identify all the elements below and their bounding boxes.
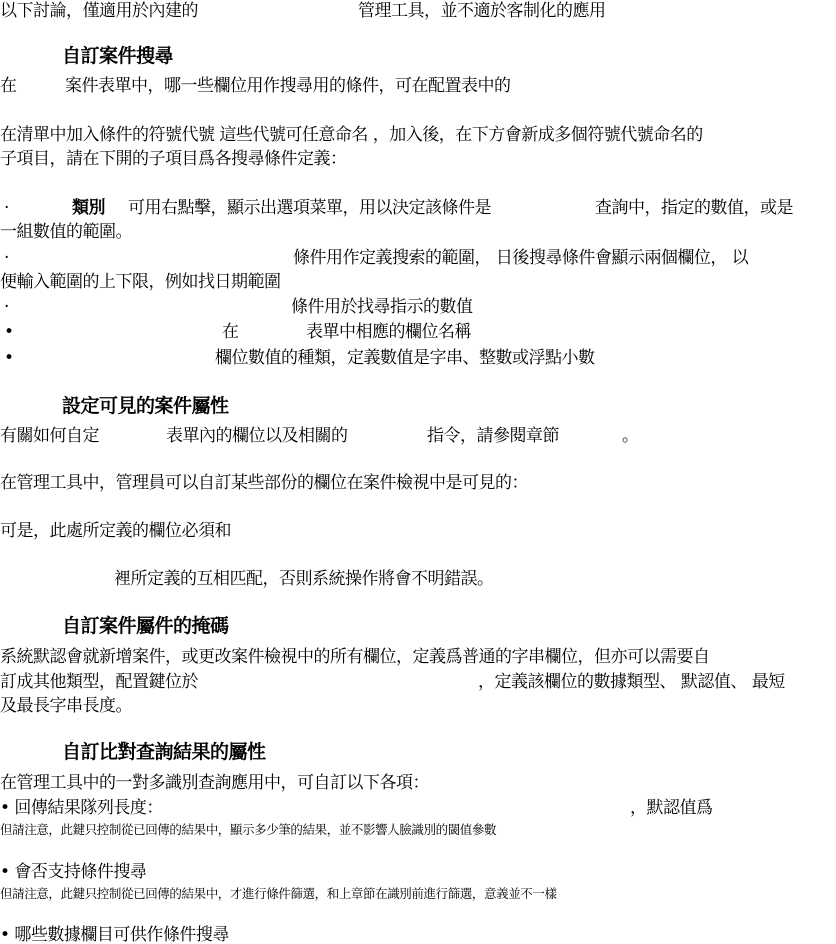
para-text: 指令，請參閱章節 (427, 425, 559, 447)
bullet-text: 在 (222, 321, 239, 343)
visible-attr-para4: 裡所定義的互相匹配，否則系統操作將會不明錯誤。 (114, 568, 494, 590)
bullet-icon: • (4, 347, 14, 369)
bullet-icon: • (4, 321, 14, 343)
mask-para-line3: 及最長字串長度。 (0, 695, 132, 717)
para-text: ，定義該欄位的數據類型、 默認值、 最短 (478, 671, 785, 693)
query-item-searchable-fields: • 哪些數據欄目可供作條件搜尋 (0, 924, 229, 944)
visible-attr-para3: 可是，此處所定義的欄位必須和 (0, 520, 231, 542)
para-text: 訂成其他類型，配置鍵位於 (0, 671, 198, 693)
mask-para-line1: 系統默認會就新增案件，或更改案件檢視中的所有欄位，定義爲普通的字串欄位，但亦可以… (0, 646, 710, 668)
query-item-note: 但請注意，此鍵只控制從已回傳的結果中，才進行條件篩選，和上章節在識別前進行篩選，… (0, 886, 557, 902)
section-heading-case-search: 自訂案件搜尋 (62, 44, 173, 68)
bullet-text: 可用右點擊，顯示出選項菜單，用以決定該條件是 (128, 197, 491, 219)
bullet-text: 欄位數值的種類，定義數值是字串、整數或浮點小數 (215, 347, 595, 369)
case-search-para2-line1: 在清單中加入條件的符號代號 這些代號可任意命名 ，加入後，在下方會新成多個符號代… (0, 124, 703, 146)
bullet-text: 表單中相應的欄位名稱 (306, 321, 471, 343)
section-heading-query-results: 自訂比對查詢結果的屬性 (62, 740, 266, 764)
case-search-para2-line2: 子項目，請在下開的子項目爲各搜尋條件定義： (0, 148, 347, 170)
bullet-text-2: 查詢中，指定的數值，或是 (595, 197, 793, 219)
bullet-bold-term: 類別 (72, 197, 105, 219)
para-text: 。 (622, 425, 639, 447)
bullet-continuation: 便輸入範圍的上下限，例如找日期範圍 (0, 271, 281, 293)
bullet-text: 條件用作定義搜索的範圍， 日後搜尋條件會顯示兩個欄位， 以 (293, 247, 748, 269)
intro-text-part1: 以下討論，僅適用於內建的 (0, 0, 198, 22)
bullet-icon: · (4, 247, 9, 269)
section-heading-attribute-mask: 自訂案件屬件的掩碼 (62, 614, 229, 638)
para-text: 有關如何自定 (0, 425, 99, 447)
para-text: 案件表單中，哪一些欄位用作搜尋用的條件，可在配置表中的 (65, 75, 511, 97)
visible-attr-para2: 在管理工具中，管理員可以自訂某些部份的欄位在案件檢視中是可見的： (0, 472, 528, 494)
para-text: 表單內的欄位以及相關的 (166, 425, 348, 447)
query-results-intro: 在管理工具中的一對多識別查詢應用中，可自訂以下各項： (0, 772, 429, 794)
intro-text-part2: 管理工具，並不適於客制化的應用 (358, 0, 606, 22)
query-item-condition-search: • 會否支持條件搜尋 (0, 861, 146, 883)
bullet-icon: · (4, 197, 9, 219)
section-heading-visible-attributes: 設定可見的案件屬性 (62, 394, 229, 418)
item-default: ，默認值爲 (630, 797, 713, 819)
para-text: 在 (0, 75, 17, 97)
query-item-note: 但請注意，此鍵只控制從已回傳的結果中，顯示多少筆的結果，並不影響人臉識別的閾值參… (0, 822, 496, 838)
item-label: • 回傳結果隊列長度： (0, 797, 163, 819)
bullet-text: 條件用於找尋指示的數值 (291, 296, 473, 318)
bullet-continuation: 一組數值的範圍。 (0, 221, 132, 243)
bullet-icon: · (4, 296, 9, 318)
